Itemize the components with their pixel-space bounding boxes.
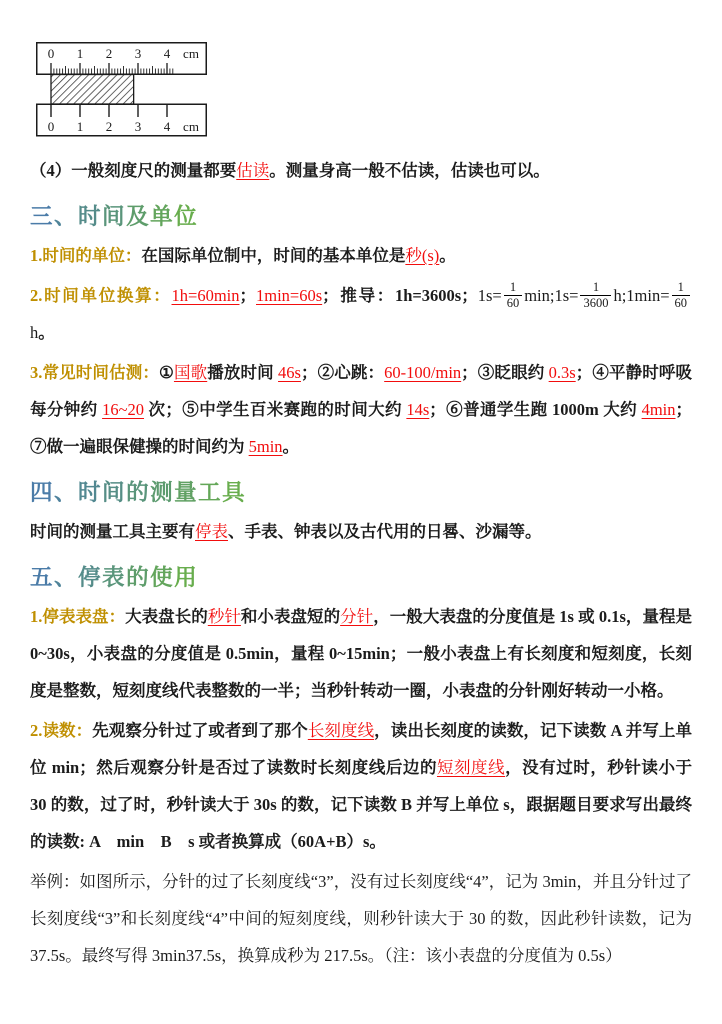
text-run: 5min <box>249 437 283 456</box>
text-run: h;1min= <box>613 286 669 305</box>
text-run: 16~20 <box>102 400 144 419</box>
section-heading-time-tools: 四、时间的测量工具 <box>30 478 692 508</box>
text-run: 46s <box>278 363 301 382</box>
text-run: 国歌 <box>174 363 207 382</box>
svg-text:1: 1 <box>77 46 84 61</box>
ruler-figure: 01234cm 01234cm <box>36 42 692 137</box>
svg-text:3: 3 <box>135 119 142 134</box>
text-run: 1min=60s <box>256 286 322 305</box>
text-run: 1.时间的单位： <box>30 246 141 265</box>
text-run: ； <box>240 286 257 305</box>
text-run: 大表盘长的 <box>125 607 208 626</box>
svg-text:2: 2 <box>106 119 113 134</box>
text-run: 长刻度线 <box>308 721 374 740</box>
stopwatch-reading-paragraph: 2.读数：先观察分针过了或者到了那个长刻度线，读出长刻度的读数，记下读数 A 并… <box>30 712 692 860</box>
text-run: （4）一般刻度尺的测量都要 <box>30 161 236 180</box>
unit-conversion-paragraph: 2.时间单位换算：1h=60min；1min=60s；推导：1h=3600s；1… <box>30 277 692 351</box>
svg-text:cm: cm <box>183 119 199 134</box>
text-run: ；②心跳： <box>301 363 384 382</box>
text-run: ；③眨眼约 <box>461 363 548 382</box>
text-run: ① <box>159 363 174 382</box>
text-run: 时间的测量工具主要有 <box>30 522 195 541</box>
text-run: 2.读数： <box>30 721 92 740</box>
section-heading-time-and-units: 三、时间及单位 <box>30 202 692 232</box>
text-run: ；推导：1h=3600s； <box>322 286 478 305</box>
text-run: 次；⑤中学生百米赛跑的时间大约 <box>144 400 406 419</box>
text-run: 。测量身高一般不估读，估读也可以。 <box>269 161 550 180</box>
ruler-diagram: 01234cm 01234cm <box>36 42 207 137</box>
text-run: 4min <box>642 400 676 419</box>
text-run: 在国际单位制中，时间的基本单位是 <box>141 246 405 265</box>
text-run: min;1s= <box>524 286 578 305</box>
bottom-ruler-body <box>37 104 207 136</box>
fraction: 160 <box>672 280 691 310</box>
text-run: 先观察分针过了或者到了那个 <box>92 721 308 740</box>
stopwatch-dial-paragraph: 1.停表表盘：大表盘长的秒针和小表盘短的分针，一般大表盘的分度值是 1s 或 0… <box>30 598 692 709</box>
text-run: 1s= <box>478 286 502 305</box>
svg-text:0: 0 <box>48 119 55 134</box>
text-run: 。 <box>283 437 300 456</box>
text-run: 和小表盘短的 <box>241 607 340 626</box>
text-run: 1.停表表盘： <box>30 607 125 626</box>
text-run: 2.时间单位换算： <box>30 286 172 305</box>
svg-text:4: 4 <box>164 119 171 134</box>
svg-text:0: 0 <box>48 46 55 61</box>
note-estimation: （4）一般刻度尺的测量都要估读。测量身高一般不估读，估读也可以。 <box>30 152 692 189</box>
text-run: 短刻度线 <box>437 758 505 777</box>
text-run: 0.3s <box>549 363 576 382</box>
time-tools-paragraph: 时间的测量工具主要有停表、手表、钟表以及古代用的日晷、沙漏等。 <box>30 513 692 550</box>
svg-text:1: 1 <box>77 119 84 134</box>
text-run: 秒针 <box>208 607 241 626</box>
text-run: 分针 <box>340 607 373 626</box>
text-run: 估读 <box>236 161 269 180</box>
document-page: 01234cm 01234cm （4）一般刻度尺的测量都要估读。测量身高一般不估… <box>0 0 722 1024</box>
measured-object <box>51 75 134 105</box>
text-run: 1h=60min <box>172 286 240 305</box>
text-run: h <box>30 323 38 342</box>
text-run: 、手表、钟表以及古代用的日晷、沙漏等。 <box>228 522 542 541</box>
text-run: ；⑥普通学生跑 1000m 大约 <box>429 400 641 419</box>
svg-text:cm: cm <box>183 46 199 61</box>
text-run: 14s <box>406 400 429 419</box>
section-heading-stopwatch-use: 五、停表的使用 <box>30 563 692 593</box>
time-unit-paragraph: 1.时间的单位：在国际单位制中，时间的基本单位是秒(s)。 <box>30 237 692 274</box>
text-run: 播放时间 <box>207 363 278 382</box>
svg-text:3: 3 <box>135 46 142 61</box>
text-run: 。 <box>439 246 456 265</box>
text-run: 停表 <box>195 522 228 541</box>
svg-text:2: 2 <box>106 46 113 61</box>
text-run: 秒(s) <box>405 246 439 265</box>
stopwatch-example-paragraph: 举例：如图所示，分针的过了长刻度线“3”，没有过长刻度线“4”，记为 3min，… <box>30 863 692 974</box>
fraction: 160 <box>504 280 523 310</box>
text-run: 举例：如图所示，分针的过了长刻度线“3”，没有过长刻度线“4”，记为 3min，… <box>30 872 696 965</box>
time-estimation-paragraph: 3.常见时间估测：①国歌播放时间 46s；②心跳：60-100/min；③眨眼约… <box>30 354 692 465</box>
fraction: 13600 <box>580 280 611 310</box>
text-run: 。 <box>38 323 55 342</box>
text-run: 60-100/min <box>384 363 461 382</box>
text-run: 3.常见时间估测： <box>30 363 159 382</box>
svg-text:4: 4 <box>164 46 171 61</box>
